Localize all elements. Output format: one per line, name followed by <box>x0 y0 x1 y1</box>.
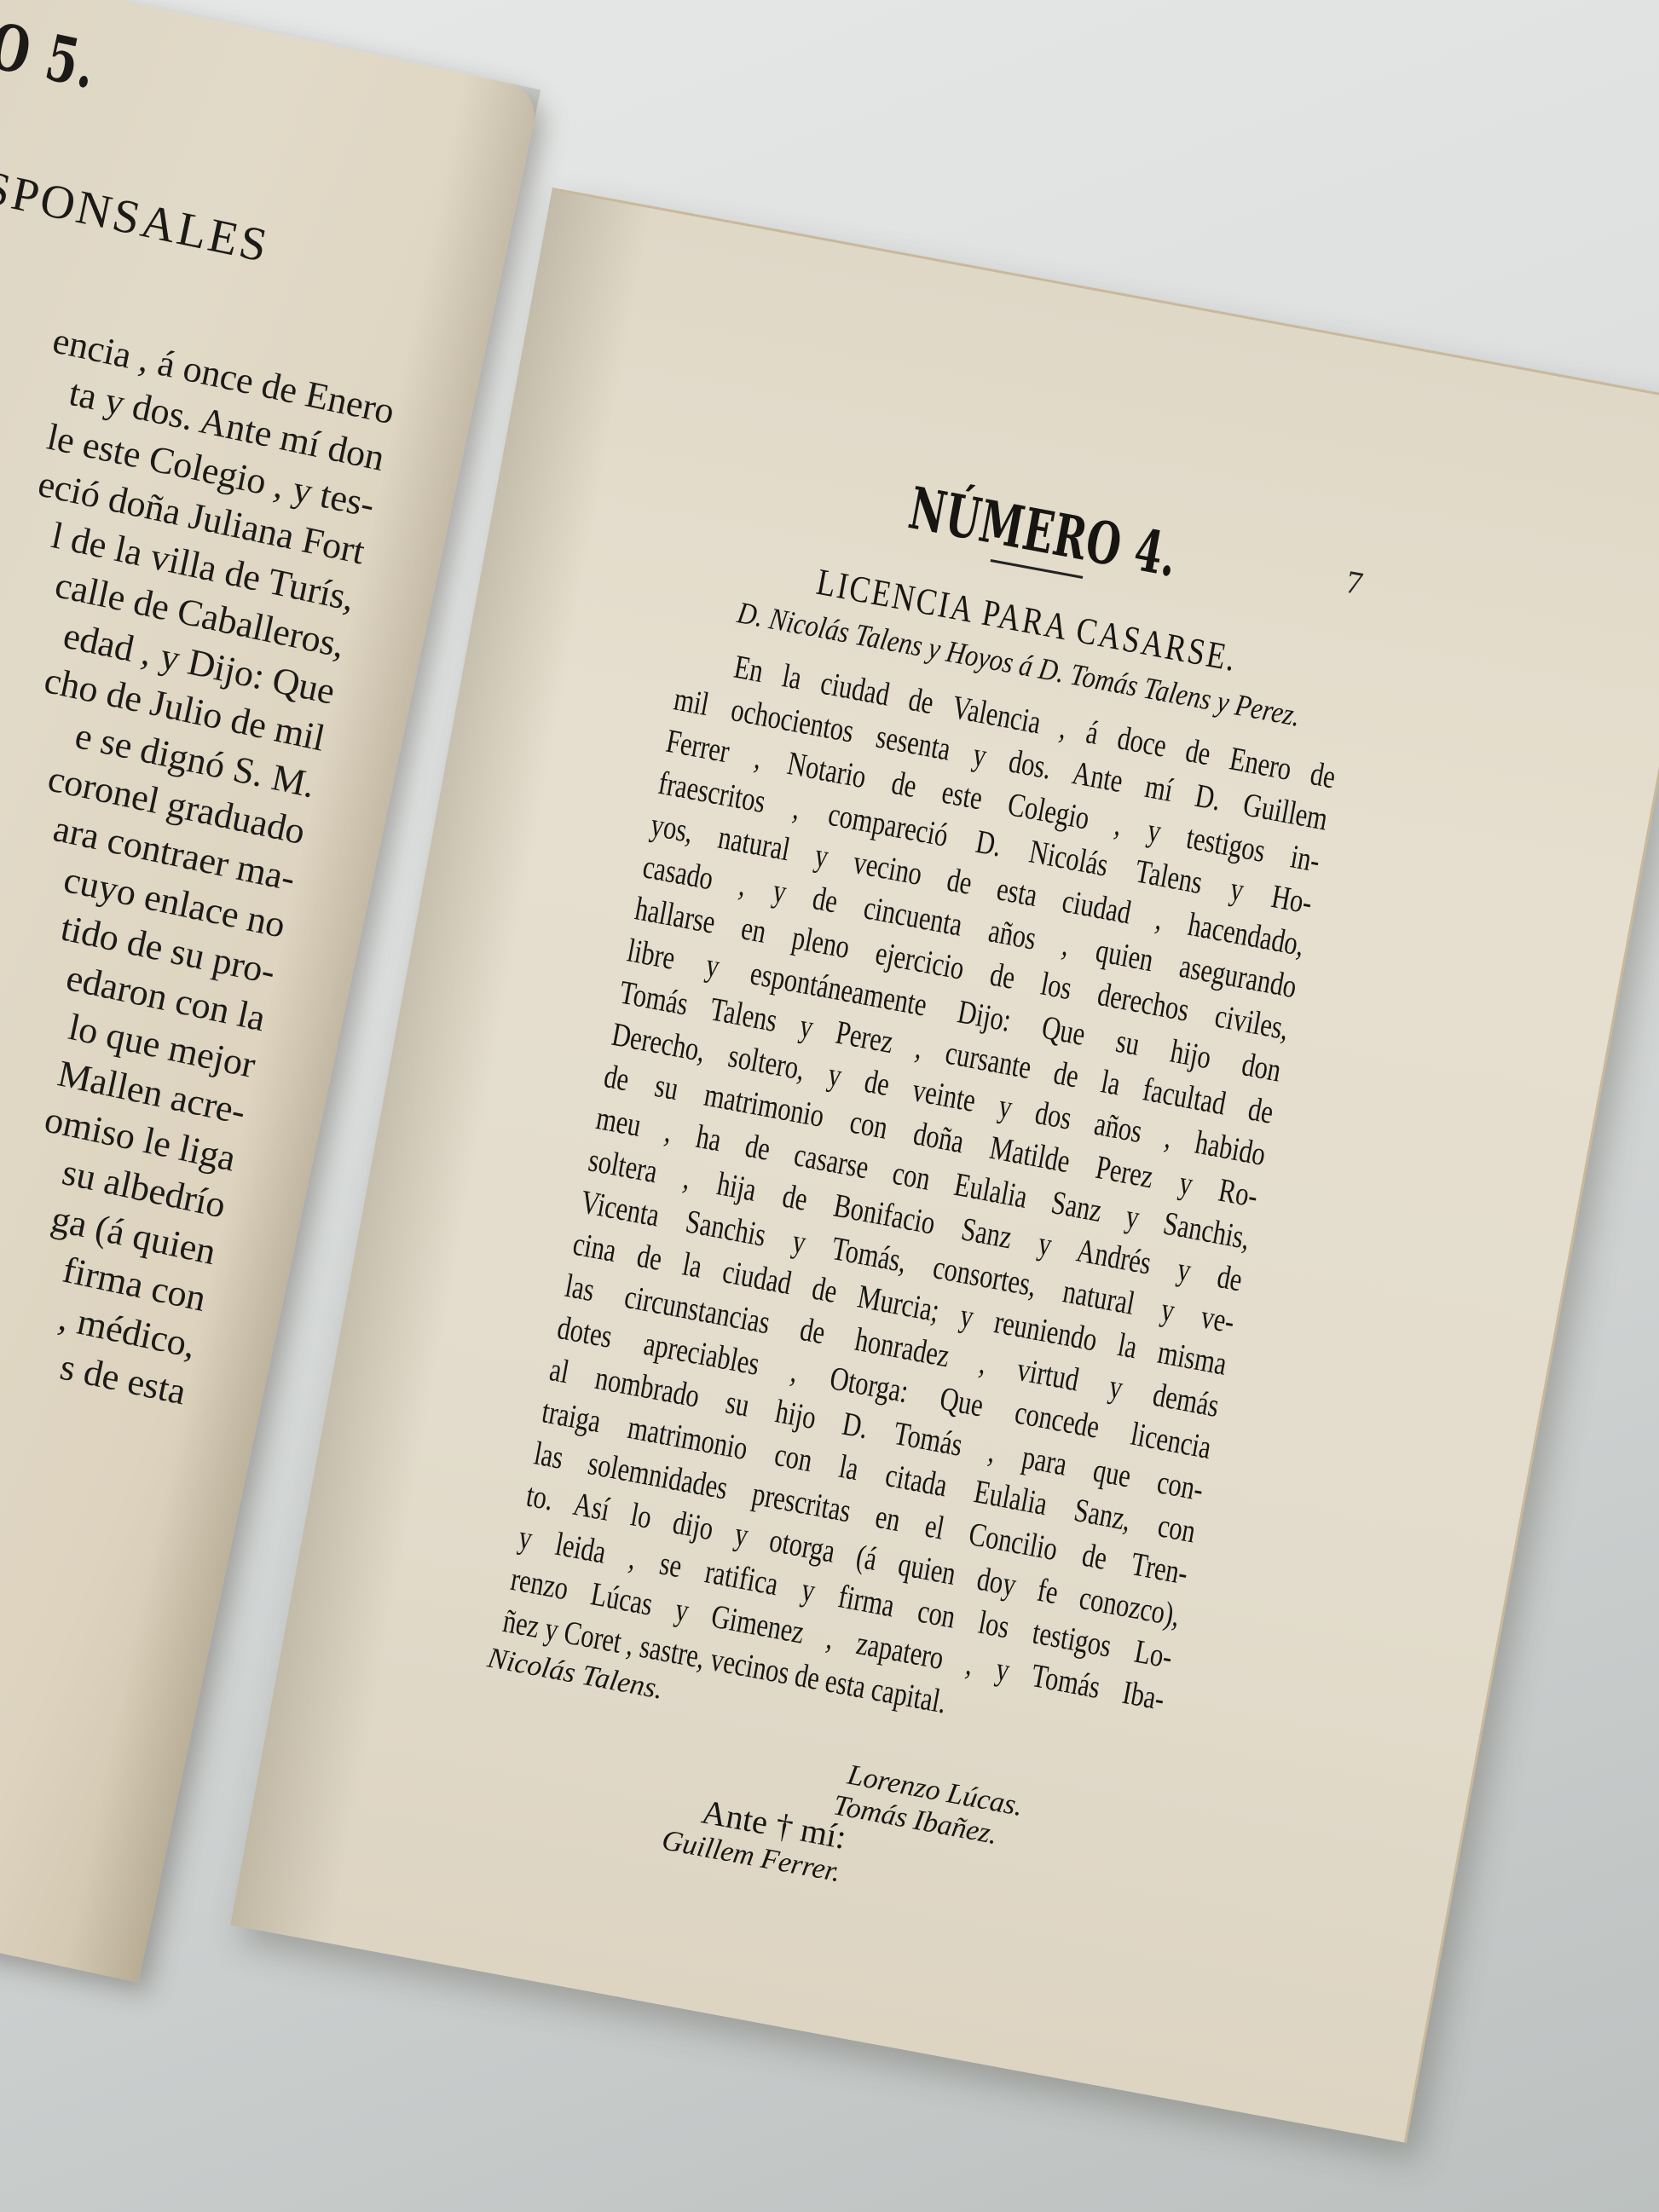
photo-scene: ERO 5. DE ESPONSALES ana Fort. encia , á… <box>0 0 1659 2212</box>
left-page-heading: ERO 5. <box>0 0 333 153</box>
right-page-content: NÚMERO 4. LICENCIA PARA CASARSE. D. Nico… <box>466 438 1376 1942</box>
document-body: En la ciudad de Valencia , á doce de Ene… <box>500 636 1340 1763</box>
section-heading-text: NÚMERO 4. <box>904 474 1182 591</box>
